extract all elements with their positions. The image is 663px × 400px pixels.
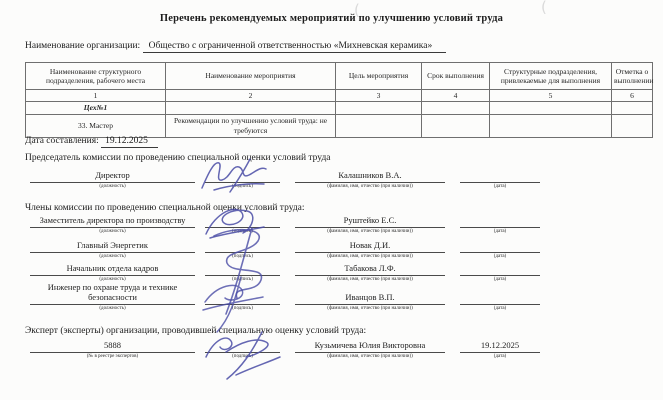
- name-sublabel: (фамилия, имя, отчество (при наличии)): [327, 229, 413, 234]
- date-sublabel: (дата): [494, 354, 506, 359]
- member-date: [460, 264, 540, 276]
- expert-registry-number: 5888: [30, 341, 195, 353]
- expert-signature-line: [205, 341, 280, 353]
- cell-mark: [612, 114, 653, 137]
- member-signature-line: [205, 241, 280, 253]
- table-header-row: Наименование структурного подразделения,…: [26, 63, 653, 90]
- date-sublabel: (дата): [494, 229, 506, 234]
- member-signature-line: [205, 293, 280, 305]
- chairman-signature-row: Директор (должность) (подпись) Калашнико…: [0, 163, 663, 189]
- chairman-position: Директор: [30, 171, 195, 183]
- col-number: 4: [422, 90, 490, 102]
- organization-label: Наименование организации:: [25, 41, 140, 51]
- table-row: 33. Мастер Рекомендации по улучшению усл…: [26, 114, 653, 137]
- registry-sublabel: (№ в реестре экспертов): [87, 354, 138, 359]
- member-date: [460, 216, 540, 228]
- member-signature-row: Инженер по охране труда и технике безопа…: [0, 279, 663, 311]
- chairman-name: Калашников В.А.: [295, 171, 445, 183]
- composition-date-line: Дата составления: 19.12.2025: [25, 136, 158, 146]
- date-sublabel: (дата): [494, 306, 506, 311]
- cell-goal: [336, 114, 422, 137]
- table-number-row: 1 2 3 4 5 6: [26, 90, 653, 102]
- col-header-measure: Наименование мероприятия: [166, 63, 336, 90]
- col-header-deadline: Срок выполнения: [422, 63, 490, 90]
- expert-heading: Эксперт (эксперты) организации, проводив…: [25, 326, 366, 336]
- member-position: Инженер по охране труда и технике безопа…: [30, 283, 195, 305]
- member-name: Новак Д.И.: [295, 241, 445, 253]
- col-header-unit: Наименование структурного подразделения,…: [26, 63, 166, 90]
- cell-unit: 33. Мастер: [26, 114, 166, 137]
- organization-value: Общество с ограниченной ответственностью…: [143, 41, 447, 53]
- organization-line: Наименование организации: Общество с огр…: [25, 41, 446, 51]
- position-sublabel: (должность): [99, 229, 125, 234]
- expert-date: 19.12.2025: [460, 341, 540, 353]
- chairman-signature-line: [205, 171, 280, 183]
- signature-sublabel: (подпись): [232, 354, 253, 359]
- document-page: ( ( Перечень рекомендуемых мероприятий п…: [0, 0, 663, 400]
- col-number: 3: [336, 90, 422, 102]
- member-signature-row: Заместитель директора по производству (д…: [0, 211, 663, 234]
- expert-signature-row: 5888 (№ в реестре экспертов) (подпись) К…: [0, 336, 663, 359]
- page-title: Перечень рекомендуемых мероприятий по ул…: [0, 13, 663, 24]
- member-position: Главный Энергетик: [30, 241, 195, 253]
- chairman-date: [460, 171, 540, 183]
- member-date: [460, 293, 540, 305]
- signature-sublabel: (подпись): [232, 184, 253, 189]
- col-header-involved: Структурные подразделения, привлекаемые …: [490, 63, 612, 90]
- name-sublabel: (фамилия, имя, отчество (при наличии)): [327, 354, 413, 359]
- member-position: Начальник отдела кадров: [30, 264, 195, 276]
- member-name: Табакова Л.Ф.: [295, 264, 445, 276]
- expert-name: Кузьмичева Юлия Викторовна: [295, 341, 445, 353]
- cell-involved: [490, 114, 612, 137]
- member-position: Заместитель директора по производству: [30, 216, 195, 228]
- section-cell-workshop: Цех№1: [26, 102, 166, 114]
- composition-date-label: Дата составления:: [25, 136, 99, 146]
- signature-sublabel: (подпись): [232, 229, 253, 234]
- member-signature-line: [205, 216, 280, 228]
- member-date: [460, 241, 540, 253]
- date-sublabel: (дата): [494, 184, 506, 189]
- table-section-row: Цех№1: [26, 102, 653, 114]
- composition-date-value: 19.12.2025: [101, 136, 158, 148]
- col-number: 2: [166, 90, 336, 102]
- name-sublabel: (фамилия, имя, отчество (при наличии)): [327, 184, 413, 189]
- measures-table: Наименование структурного подразделения,…: [25, 62, 653, 138]
- cell-deadline: [422, 114, 490, 137]
- name-sublabel: (фамилия, имя, отчество (при наличии)): [327, 306, 413, 311]
- col-number: 6: [612, 90, 653, 102]
- col-header-mark: Отметка о выполнении: [612, 63, 653, 90]
- chairman-heading: Председатель комиссии по проведению спец…: [25, 153, 331, 163]
- col-number: 1: [26, 90, 166, 102]
- signature-sublabel: (подпись): [232, 306, 253, 311]
- col-number: 5: [490, 90, 612, 102]
- member-signature-line: [205, 264, 280, 276]
- member-name: Руштейко Е.С.: [295, 216, 445, 228]
- member-signature-row: Главный Энергетик (должность) (подпись) …: [0, 236, 663, 259]
- member-name: Иванцов В.П.: [295, 293, 445, 305]
- cell-measure: Рекомендации по улучшению условий труда:…: [166, 114, 336, 137]
- col-header-goal: Цель мероприятия: [336, 63, 422, 90]
- position-sublabel: (должность): [99, 184, 125, 189]
- position-sublabel: (должность): [99, 306, 125, 311]
